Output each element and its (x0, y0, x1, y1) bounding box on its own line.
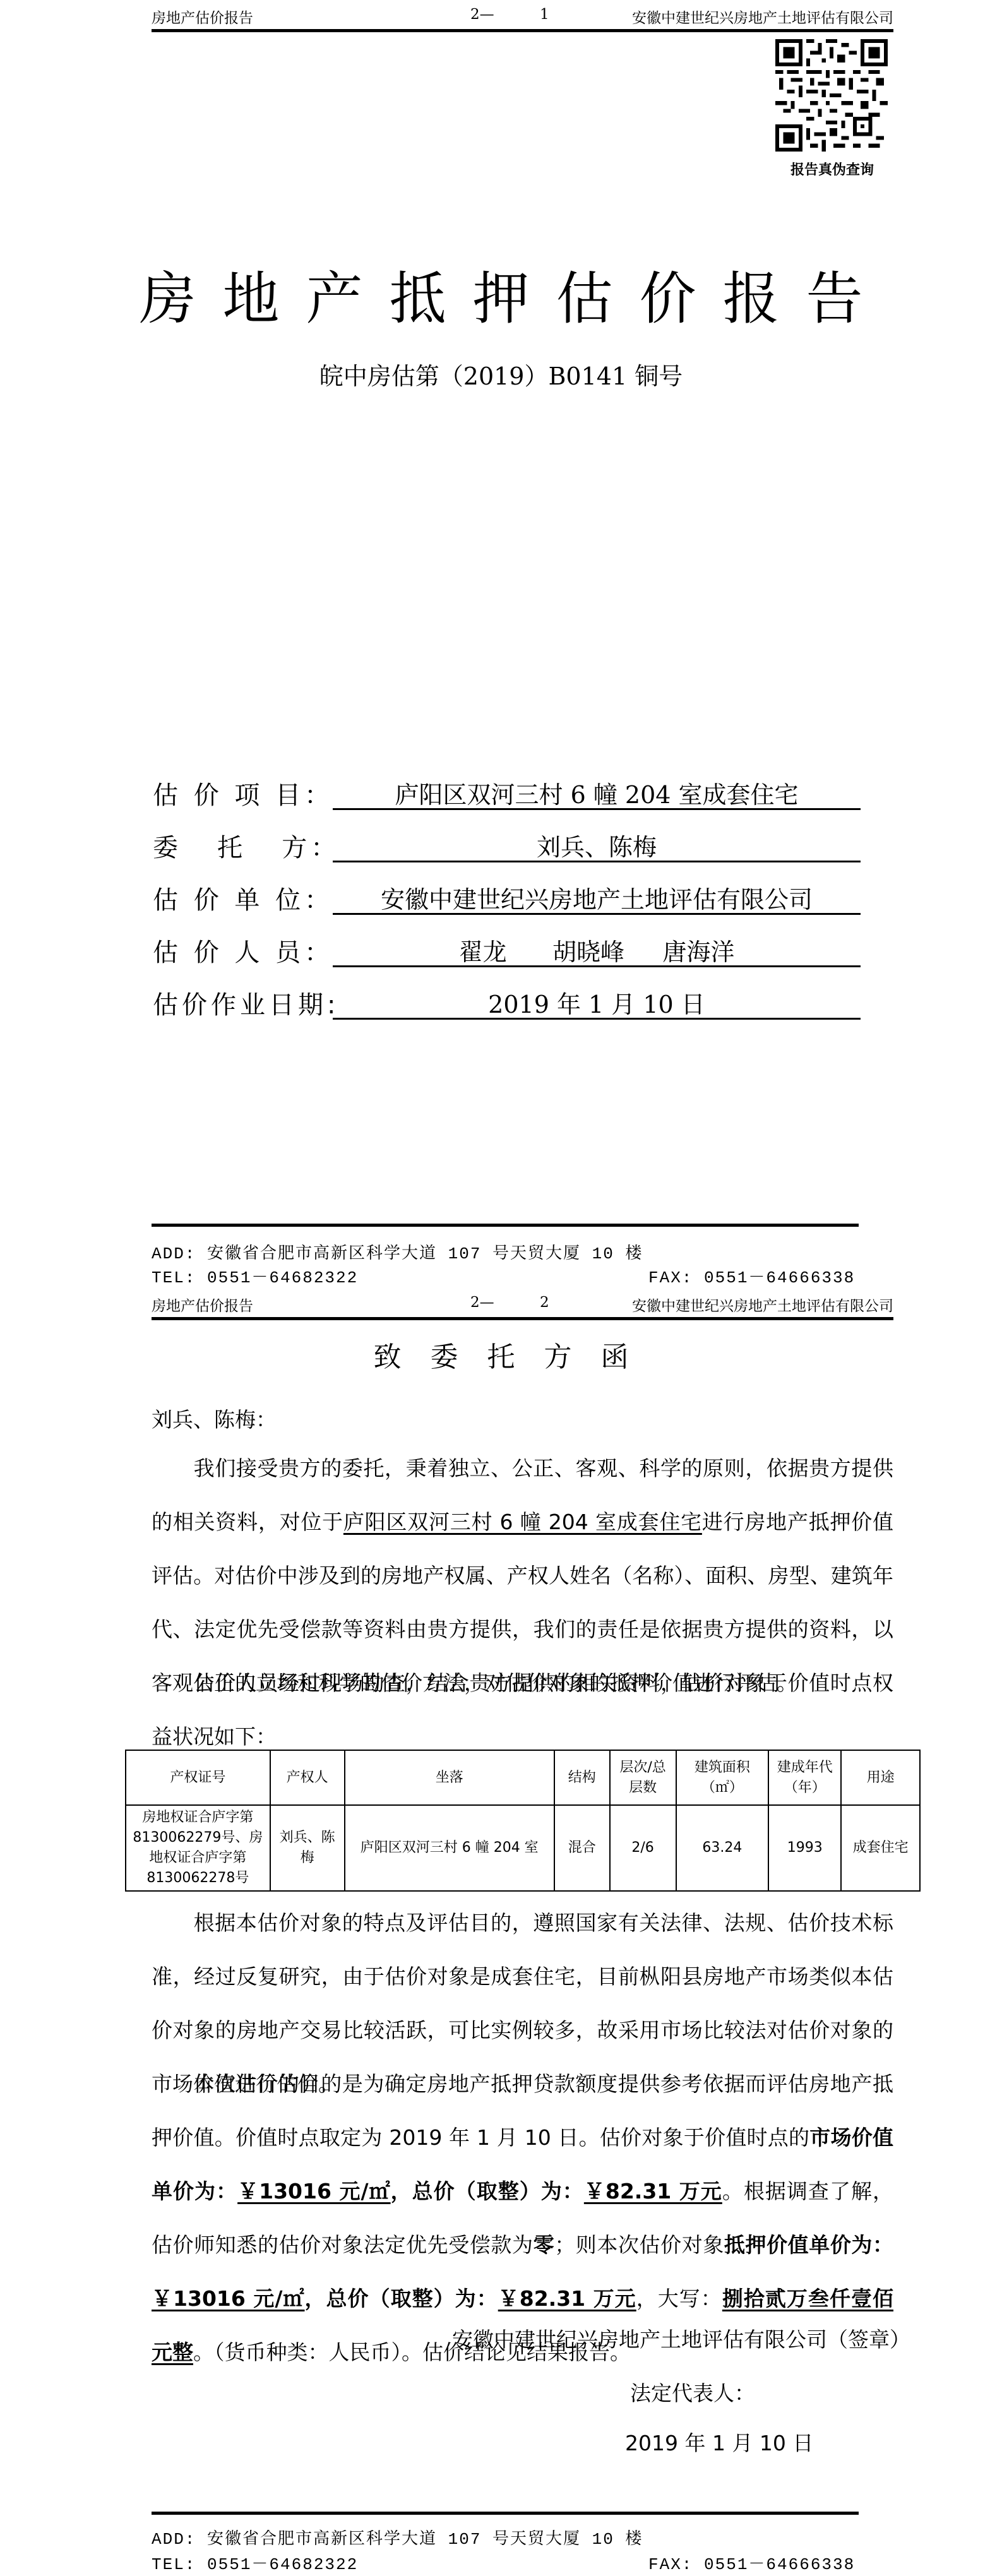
header-page-number: 1 (540, 6, 549, 23)
field-value: 翟龙 胡晓峰 唐海洋 (333, 933, 861, 967)
header-company: 安徽中建世纪兴房地产土地评估有限公司 (632, 1294, 893, 1315)
subject-property: 庐阳区双河三村 6 幢 204 室成套住宅 (343, 1510, 702, 1534)
header-page-number: 2 (540, 1294, 549, 1311)
col-header: 结构 (554, 1750, 610, 1805)
col-header: 层次/总层数 (610, 1750, 676, 1805)
col-header: 建成年代（年） (768, 1750, 841, 1805)
footer-tel: TEL: 0551－64682322 (152, 2551, 358, 2574)
footer-address: ADD: 安徽省合肥市高新区科学大道 107 号天贸大厦 10 楼 (152, 1240, 643, 1263)
col-header: 建筑面积（㎡） (676, 1750, 769, 1805)
cell-floor: 2/6 (610, 1805, 676, 1891)
field-valuers: 估 价 人 员： 翟龙 胡晓峰 唐海洋 (153, 933, 861, 970)
field-valuer-org: 估 价 单 位： 安徽中建世纪兴房地产土地评估有限公司 (153, 880, 861, 918)
col-header: 产权人 (270, 1750, 345, 1805)
field-label: 估 价 单 位： (153, 880, 333, 916)
footer-fax: FAX: 0551－64666338 (648, 1264, 855, 1287)
footer-fax: FAX: 0551－64666338 (648, 2551, 855, 2574)
mortgage-total-value: ￥82.31 万元 (498, 2286, 636, 2311)
signature-date: 2019 年 1 月 10 日 (625, 2427, 813, 2457)
field-value: 庐阳区双河三村 6 幢 204 室成套住宅 (333, 775, 861, 810)
header-page-prefix: 2— (470, 1294, 494, 1311)
signature-company: 安徽中建世纪兴房地产土地评估有限公司（签章） (452, 2323, 910, 2353)
field-client: 委 托 方： 刘兵、陈梅 (153, 828, 861, 866)
cell-usage: 成套住宅 (841, 1805, 920, 1891)
field-work-date: 估价作业日期: 2019 年 1 月 10 日 (153, 985, 861, 1023)
field-label: 估 价 人 员： (153, 933, 333, 969)
letter-title: 致委托方函 (0, 1334, 1002, 1374)
cell-year: 1993 (768, 1805, 841, 1891)
header-doc-type: 房地产估价报告 (152, 6, 253, 27)
page2-header: 房地产估价报告 2— 2 安徽中建世纪兴房地产土地评估有限公司 (152, 1288, 893, 1320)
field-label: 估价作业日期: (153, 985, 339, 1021)
footer-divider (152, 1224, 859, 1227)
report-number: 皖中房估第（2019）B0141 铜号 (0, 357, 1002, 391)
cell-location: 庐阳区双河三村 6 幢 204 室 (345, 1805, 554, 1891)
priority-claim-value: 零 (534, 2233, 555, 2257)
footer-divider (152, 2512, 859, 2515)
page1-header: 房地产估价报告 2— 1 安徽中建世纪兴房地产土地评估有限公司 (152, 0, 893, 32)
report-title: 房地产抵押估价报告 (0, 253, 1002, 335)
field-value: 安徽中建世纪兴房地产土地评估有限公司 (333, 880, 861, 915)
table-header-row: 产权证号 产权人 坐落 结构 层次/总层数 建筑面积（㎡） 建成年代（年） 用途 (126, 1750, 920, 1805)
signature-legal-rep: 法定代表人： (630, 2377, 755, 2407)
field-project: 估 价 项 目： 庐阳区双河三村 6 幢 204 室成套住宅 (153, 775, 861, 813)
paragraph-status: 估价人员经过现场勘查，结合贵方提供的相关资料，估价对象于价值时点权益状况如下： (152, 1656, 893, 1763)
mortgage-unit-label: 抵押价值单价为： (724, 2233, 893, 2257)
salutation: 刘兵、陈梅： (152, 1404, 277, 1433)
field-value: 2019 年 1 月 10 日 (333, 985, 861, 1020)
qr-caption: 报告真伪查询 (775, 159, 889, 179)
header-doc-type: 房地产估价报告 (152, 1294, 253, 1315)
cell-structure: 混合 (554, 1805, 610, 1891)
field-value: 刘兵、陈梅 (333, 828, 861, 862)
header-company: 安徽中建世纪兴房地产土地评估有限公司 (632, 6, 893, 27)
cell-cert: 房地权证合庐字第8130062279号、房地权证合庐字第8130062278号 (126, 1805, 270, 1891)
footer-address: ADD: 安徽省合肥市高新区科学大道 107 号天贸大厦 10 楼 (152, 2525, 643, 2549)
table-row: 房地权证合庐字第8130062279号、房地权证合庐字第8130062278号 … (126, 1805, 920, 1891)
market-total-value: ￥82.31 万元 (584, 2179, 722, 2203)
cell-owner: 刘兵、陈梅 (270, 1805, 345, 1891)
qr-code-icon[interactable] (775, 39, 888, 152)
col-header: 坐落 (345, 1750, 554, 1805)
mortgage-unit-value: ￥13016 元/㎡ (152, 2286, 304, 2311)
header-page-prefix: 2— (470, 6, 494, 23)
col-header: 产权证号 (126, 1750, 270, 1805)
col-header: 用途 (841, 1750, 920, 1805)
market-unit-value: ￥13016 元/㎡ (237, 2179, 390, 2203)
property-table: 产权证号 产权人 坐落 结构 层次/总层数 建筑面积（㎡） 建成年代（年） 用途… (125, 1750, 921, 1892)
footer-tel: TEL: 0551－64682322 (152, 1264, 358, 1287)
field-label: 委 托 方： (153, 828, 340, 864)
cell-area: 63.24 (676, 1805, 769, 1891)
field-label: 估 价 项 目： (153, 775, 333, 811)
